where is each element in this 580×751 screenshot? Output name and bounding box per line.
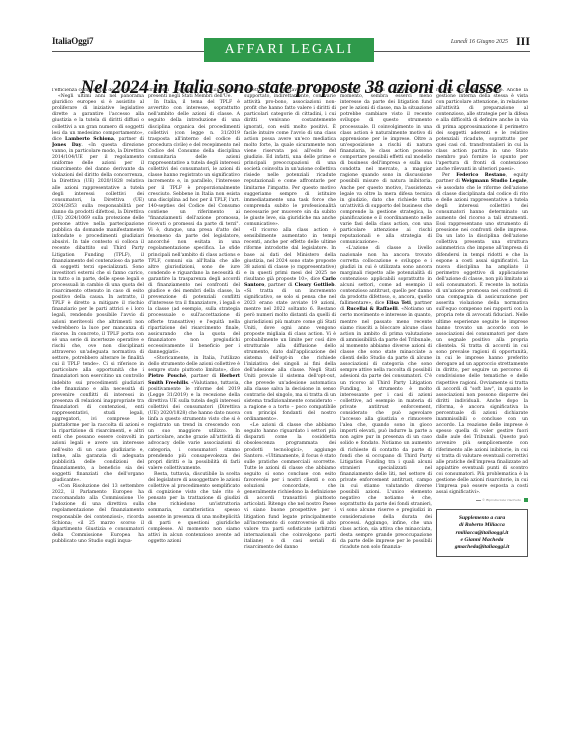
article-column-3: collettive. Tuttavia abbiamo supportato,…: [244, 88, 336, 748]
article-column-1: l'efficienza complessiva del sistema». «…: [52, 88, 144, 748]
page-header: ItaliaOggi7 AFFARI LEGALI Lunedì 16 Giug…: [52, 36, 530, 66]
copyright-notice: © Riproduzione riservata: [436, 498, 528, 503]
article-column-5: rie, ma anche di immagine. Anche la gest…: [436, 88, 528, 748]
section-banner: AFFARI LEGALI: [204, 38, 374, 62]
paragraph: «L'azione di classe a livello nazionale …: [340, 246, 432, 551]
quoted-person: Pietro Pouché: [148, 374, 186, 379]
editor-email[interactable]: rmiliacca@italiaoggi.it: [439, 530, 525, 537]
law-firm: Weigmann Studio Legale: [462, 179, 527, 184]
quoted-person: Lamberto Schiona: [65, 137, 114, 142]
paragraph: Resta, tuttavia, discutibile la scelta d…: [148, 472, 240, 545]
paragraph: «Negli ultimi anni nel panorama giuridic…: [52, 94, 144, 484]
paragraph: In Italia, il tema del TPLF è avvertito …: [148, 100, 240, 356]
publication-logo: ItaliaOggi7: [52, 36, 93, 46]
issue-date: Lunedì 16 Giugno 2025: [451, 39, 508, 45]
paragraph: dramenti normativi e sulle prassi presen…: [148, 88, 240, 100]
end-mark-square-icon: [524, 498, 528, 502]
article-column-2: dramenti normativi e sulle prassi presen…: [148, 88, 240, 748]
paragraph: antitrust (azioni follow-on). Al momento…: [340, 88, 432, 246]
paragraph: collettive. Tuttavia abbiamo supportato,…: [244, 88, 336, 228]
editor-email[interactable]: gmacheda@italiaoggi.it: [439, 544, 525, 551]
page-number: III: [516, 34, 530, 49]
paragraph: «Storicamente, in Italia, l'utilizzo del…: [148, 356, 240, 472]
paragraph: «Il ricorso alla class action è sensibil…: [244, 228, 336, 423]
law-firm: Cleary Gottlieb: [295, 283, 335, 288]
quoted-person: Federico Restano: [456, 173, 505, 178]
supplement-credits-box: Supplemento a cura di Roberto Miliacca r…: [436, 509, 528, 557]
article-column-4: antitrust (azioni follow-on). Al momento…: [340, 88, 432, 748]
law-firm: Jones Day: [52, 143, 81, 148]
paragraph: rie, ma anche di immagine. Anche la gest…: [436, 88, 528, 173]
law-firm: Rucellai & Raffaelli: [346, 307, 397, 312]
paragraph: «Le azioni di classe che abbiamo seguito…: [244, 423, 336, 551]
paragraph: «Con Risoluzione del 13 settembre 2022, …: [52, 484, 144, 545]
quoted-person: Elisa Teti: [386, 301, 410, 306]
paragraph: Per Federico Restano, equity partner di …: [436, 173, 528, 496]
